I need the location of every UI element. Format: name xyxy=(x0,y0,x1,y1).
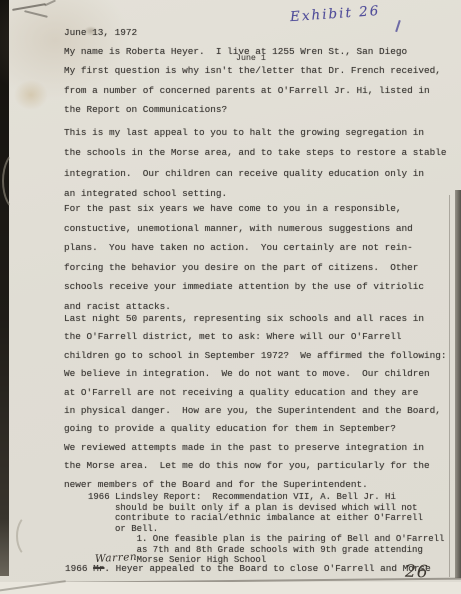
pencil-scribble xyxy=(12,3,46,11)
punch-mark xyxy=(2,150,36,212)
report-block: 1966 Lindsley Report: Recommendation VII… xyxy=(88,492,444,566)
struck-text: Mr xyxy=(93,563,104,574)
scan-edge-right-inner xyxy=(449,195,450,577)
ink-mark xyxy=(395,20,400,32)
punch-mark xyxy=(16,514,44,558)
exhibit-annotation: Exhibit 26 xyxy=(290,3,381,25)
paragraph-meeting: Last night 50 parents, representing six … xyxy=(64,310,447,494)
pencil-scribble xyxy=(44,0,56,6)
interline-insertion: June 1 xyxy=(236,54,266,63)
scan-edge-left xyxy=(0,0,9,576)
underlying-page xyxy=(0,582,461,594)
date-line: June 13, 1972 xyxy=(64,23,137,42)
stain xyxy=(14,80,48,110)
paragraph-appeal: This is my last appeal to you to halt th… xyxy=(64,123,447,204)
paragraph-history: For the past six years we have come to y… xyxy=(64,199,424,317)
document-page: Exhibit 26 June 13, 1972 My name is Robe… xyxy=(0,0,461,594)
last-line: 1966 Mr. Heyer appealed to the Board to … xyxy=(65,563,431,575)
last-line-suffix: . Heyer appealed to the Board to close O… xyxy=(104,563,430,574)
pencil-scribble xyxy=(24,10,48,17)
last-line-prefix: 1966 xyxy=(65,563,93,574)
scan-edge-right xyxy=(455,190,461,578)
page-number-annotation: 26 xyxy=(405,562,429,583)
